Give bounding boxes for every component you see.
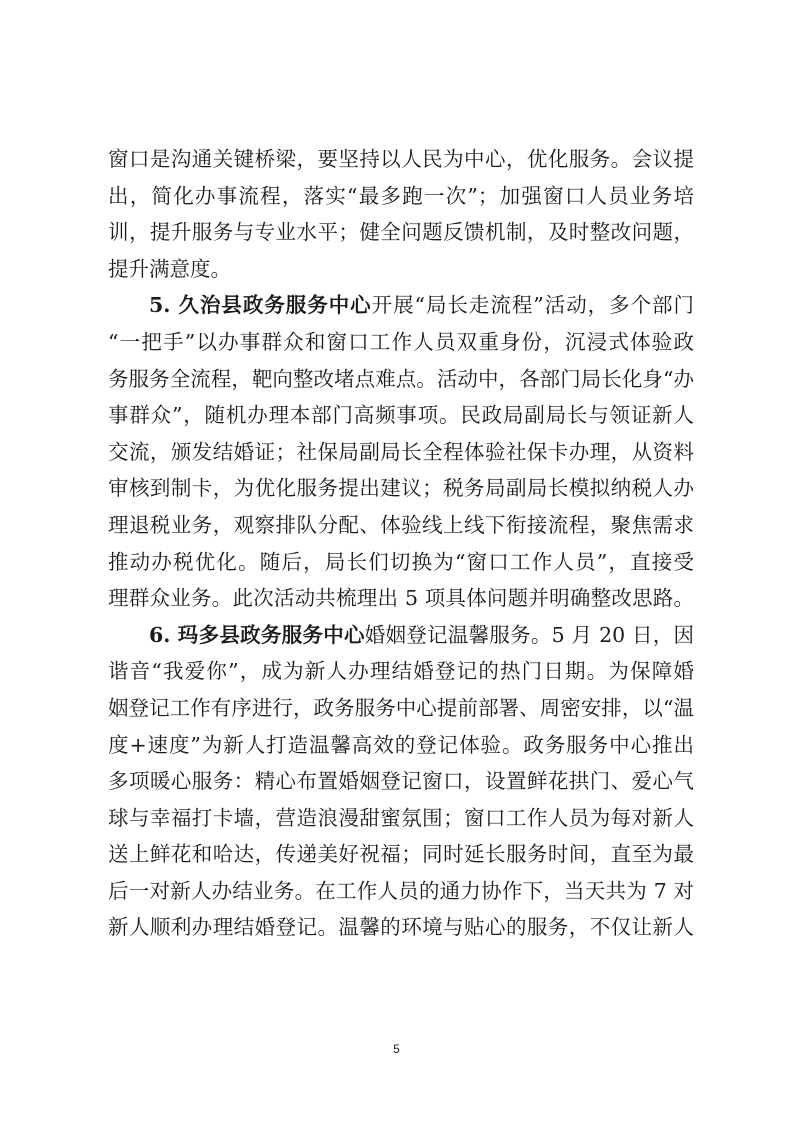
text-line: 务服务全流程，靶向整改堵点难点。活动中，各部门局长化身“办 [108,361,694,398]
text-line: 训，提升服务与专业水平；健全问题反馈机制，及时整改问题， [108,214,694,251]
text-line: 提升满意度。 [108,251,694,288]
text-line: 姻登记工作有序进行，政务服务中心提前部署、周密安排，以“温 [108,690,694,727]
text-line: 理群众业务。此次活动共梳理出 5 项具体问题并明确整改思路。 [108,580,694,617]
text-line: 送上鲜花和哈达，传递美好祝福；同时延长服务时间，直至为最 [108,836,694,873]
text-line: 谐音“我爱你”，成为新人办理结婚登记的热门日期。为保障婚 [108,653,694,690]
document-body: 窗口是沟通关键桥梁，要坚持以人民为中心，优化服务。会议提 出，简化办事流程，落实… [108,141,694,946]
text-line: 多项暖心服务：精心布置婚姻登记窗口，设置鲜花拱门、爱心气 [108,763,694,800]
text-line: 后一对新人办结业务。在工作人员的通力协作下，当天共为 7 对 [108,873,694,910]
text-line: 6. 玛多县政务服务中心婚姻登记温馨服务。5 月 20 日，因 [108,617,694,654]
text-line: 度+速度”为新人打造温馨高效的登记体验。政务服务中心推出 [108,727,694,764]
text-line: 新人顺利办理结婚登记。温馨的环境与贴心的服务，不仅让新人 [108,909,694,946]
text-line: “一把手”以办事群众和窗口工作人员双重身份，沉浸式体验政 [108,324,694,361]
text-line: 窗口是沟通关键桥梁，要坚持以人民为中心，优化服务。会议提 [108,141,694,178]
text-line: 5. 久治县政务服务中心开展“局长走流程”活动，多个部门 [108,287,694,324]
paragraph-item-5: 5. 久治县政务服务中心开展“局长走流程”活动，多个部门 “一把手”以办事群众和… [108,287,694,616]
text-line: 审核到制卡，为优化服务提出建议；税务局副局长模拟纳税人办 [108,470,694,507]
document-page: 窗口是沟通关键桥梁，要坚持以人民为中心，优化服务。会议提 出，简化办事流程，落实… [0,0,793,1122]
text-line: 推动办税优化。随后，局长们切换为“窗口工作人员”，直接受 [108,544,694,581]
page-number: 5 [0,1042,793,1056]
paragraph-item-6: 6. 玛多县政务服务中心婚姻登记温馨服务。5 月 20 日，因 谐音“我爱你”，… [108,617,694,946]
text-line: 事群众”，随机办理本部门高频事项。民政局副局长与领证新人 [108,397,694,434]
text-line: 交流，颁发结婚证；社保局副局长全程体验社保卡办理，从资料 [108,434,694,471]
item-heading: 6. 玛多县政务服务中心 [149,623,365,647]
item-heading: 5. 久治县政务服务中心 [149,293,372,317]
text-line: 理退税业务，观察排队分配、体验线上线下衔接流程，聚焦需求 [108,507,694,544]
paragraph-continued: 窗口是沟通关键桥梁，要坚持以人民为中心，优化服务。会议提 出，简化办事流程，落实… [108,141,694,287]
text-line: 出，简化办事流程，落实“最多跑一次”；加强窗口人员业务培 [108,178,694,215]
text-line: 球与幸福打卡墙，营造浪漫甜蜜氛围；窗口工作人员为每对新人 [108,800,694,837]
